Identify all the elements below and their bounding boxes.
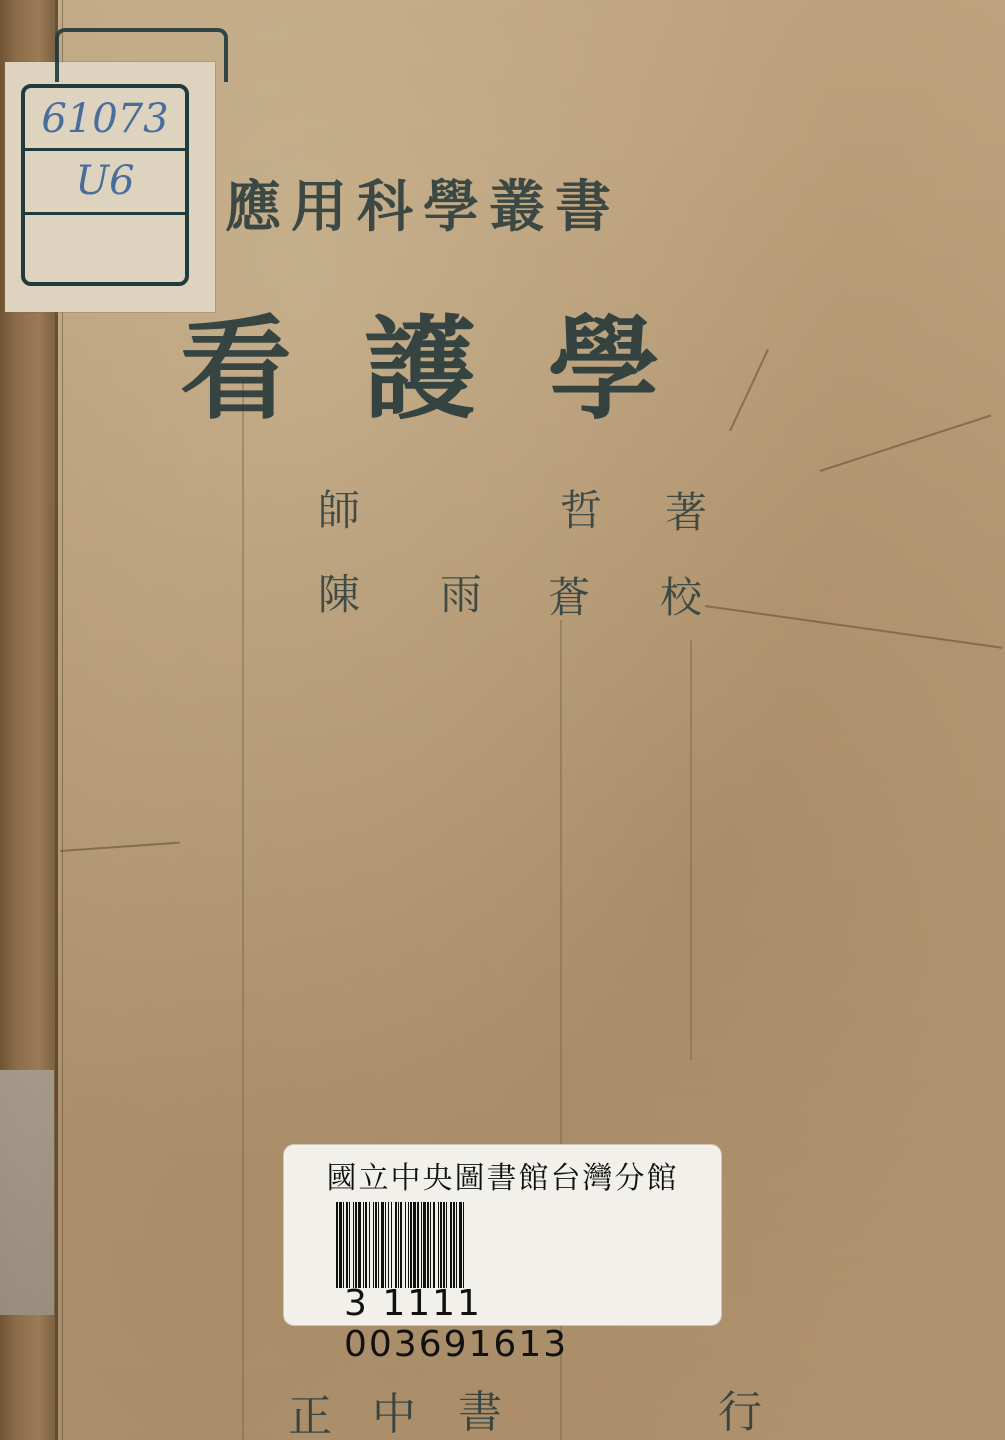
barcode-institution: 國立中央圖書館台灣分館 <box>284 1153 721 1197</box>
editor-char: 陳 <box>318 562 360 622</box>
series-title: 應用科學叢書 <box>225 163 621 243</box>
call-number-label: 61073 U6 <box>5 62 215 312</box>
barcode-icon <box>336 1202 681 1288</box>
library-barcode-label: 國立中央圖書館台灣分館 3 1111 003691613 <box>284 1145 721 1325</box>
publisher-char: 書 <box>458 1376 502 1440</box>
call-number-divider <box>25 212 185 215</box>
editor-char: 蒼 <box>548 565 590 625</box>
author-char: 哲 <box>560 478 602 538</box>
paper-crease <box>690 640 692 1060</box>
paper-crack <box>729 349 769 431</box>
call-number-box: 61073 U6 <box>21 84 189 286</box>
publisher-char: 正 <box>288 1380 332 1440</box>
editor-role: 校 <box>660 565 702 625</box>
paper-crease <box>242 380 244 1440</box>
book-cover: 61073 U6 應用科學叢書 看護學 師 哲 著 陳 雨 蒼 校 國立中央圖書… <box>0 0 1005 1440</box>
publisher-char: 行 <box>718 1376 762 1440</box>
call-number-divider <box>25 148 185 151</box>
paper-crack <box>705 605 1002 649</box>
call-number-line1: 61073 <box>25 96 185 142</box>
repair-tape <box>0 1070 54 1315</box>
paper-crack <box>60 842 180 852</box>
book-title: 看護學 <box>180 280 732 441</box>
author-role: 著 <box>665 480 707 540</box>
call-number-line2: U6 <box>25 158 185 204</box>
paper-crack <box>820 414 992 472</box>
barcode-number: 3 1111 003691613 <box>344 1283 684 1365</box>
call-label-underlay <box>55 28 228 82</box>
author-char: 師 <box>318 478 360 538</box>
editor-char: 雨 <box>440 562 482 622</box>
publisher-char: 中 <box>372 1378 416 1440</box>
